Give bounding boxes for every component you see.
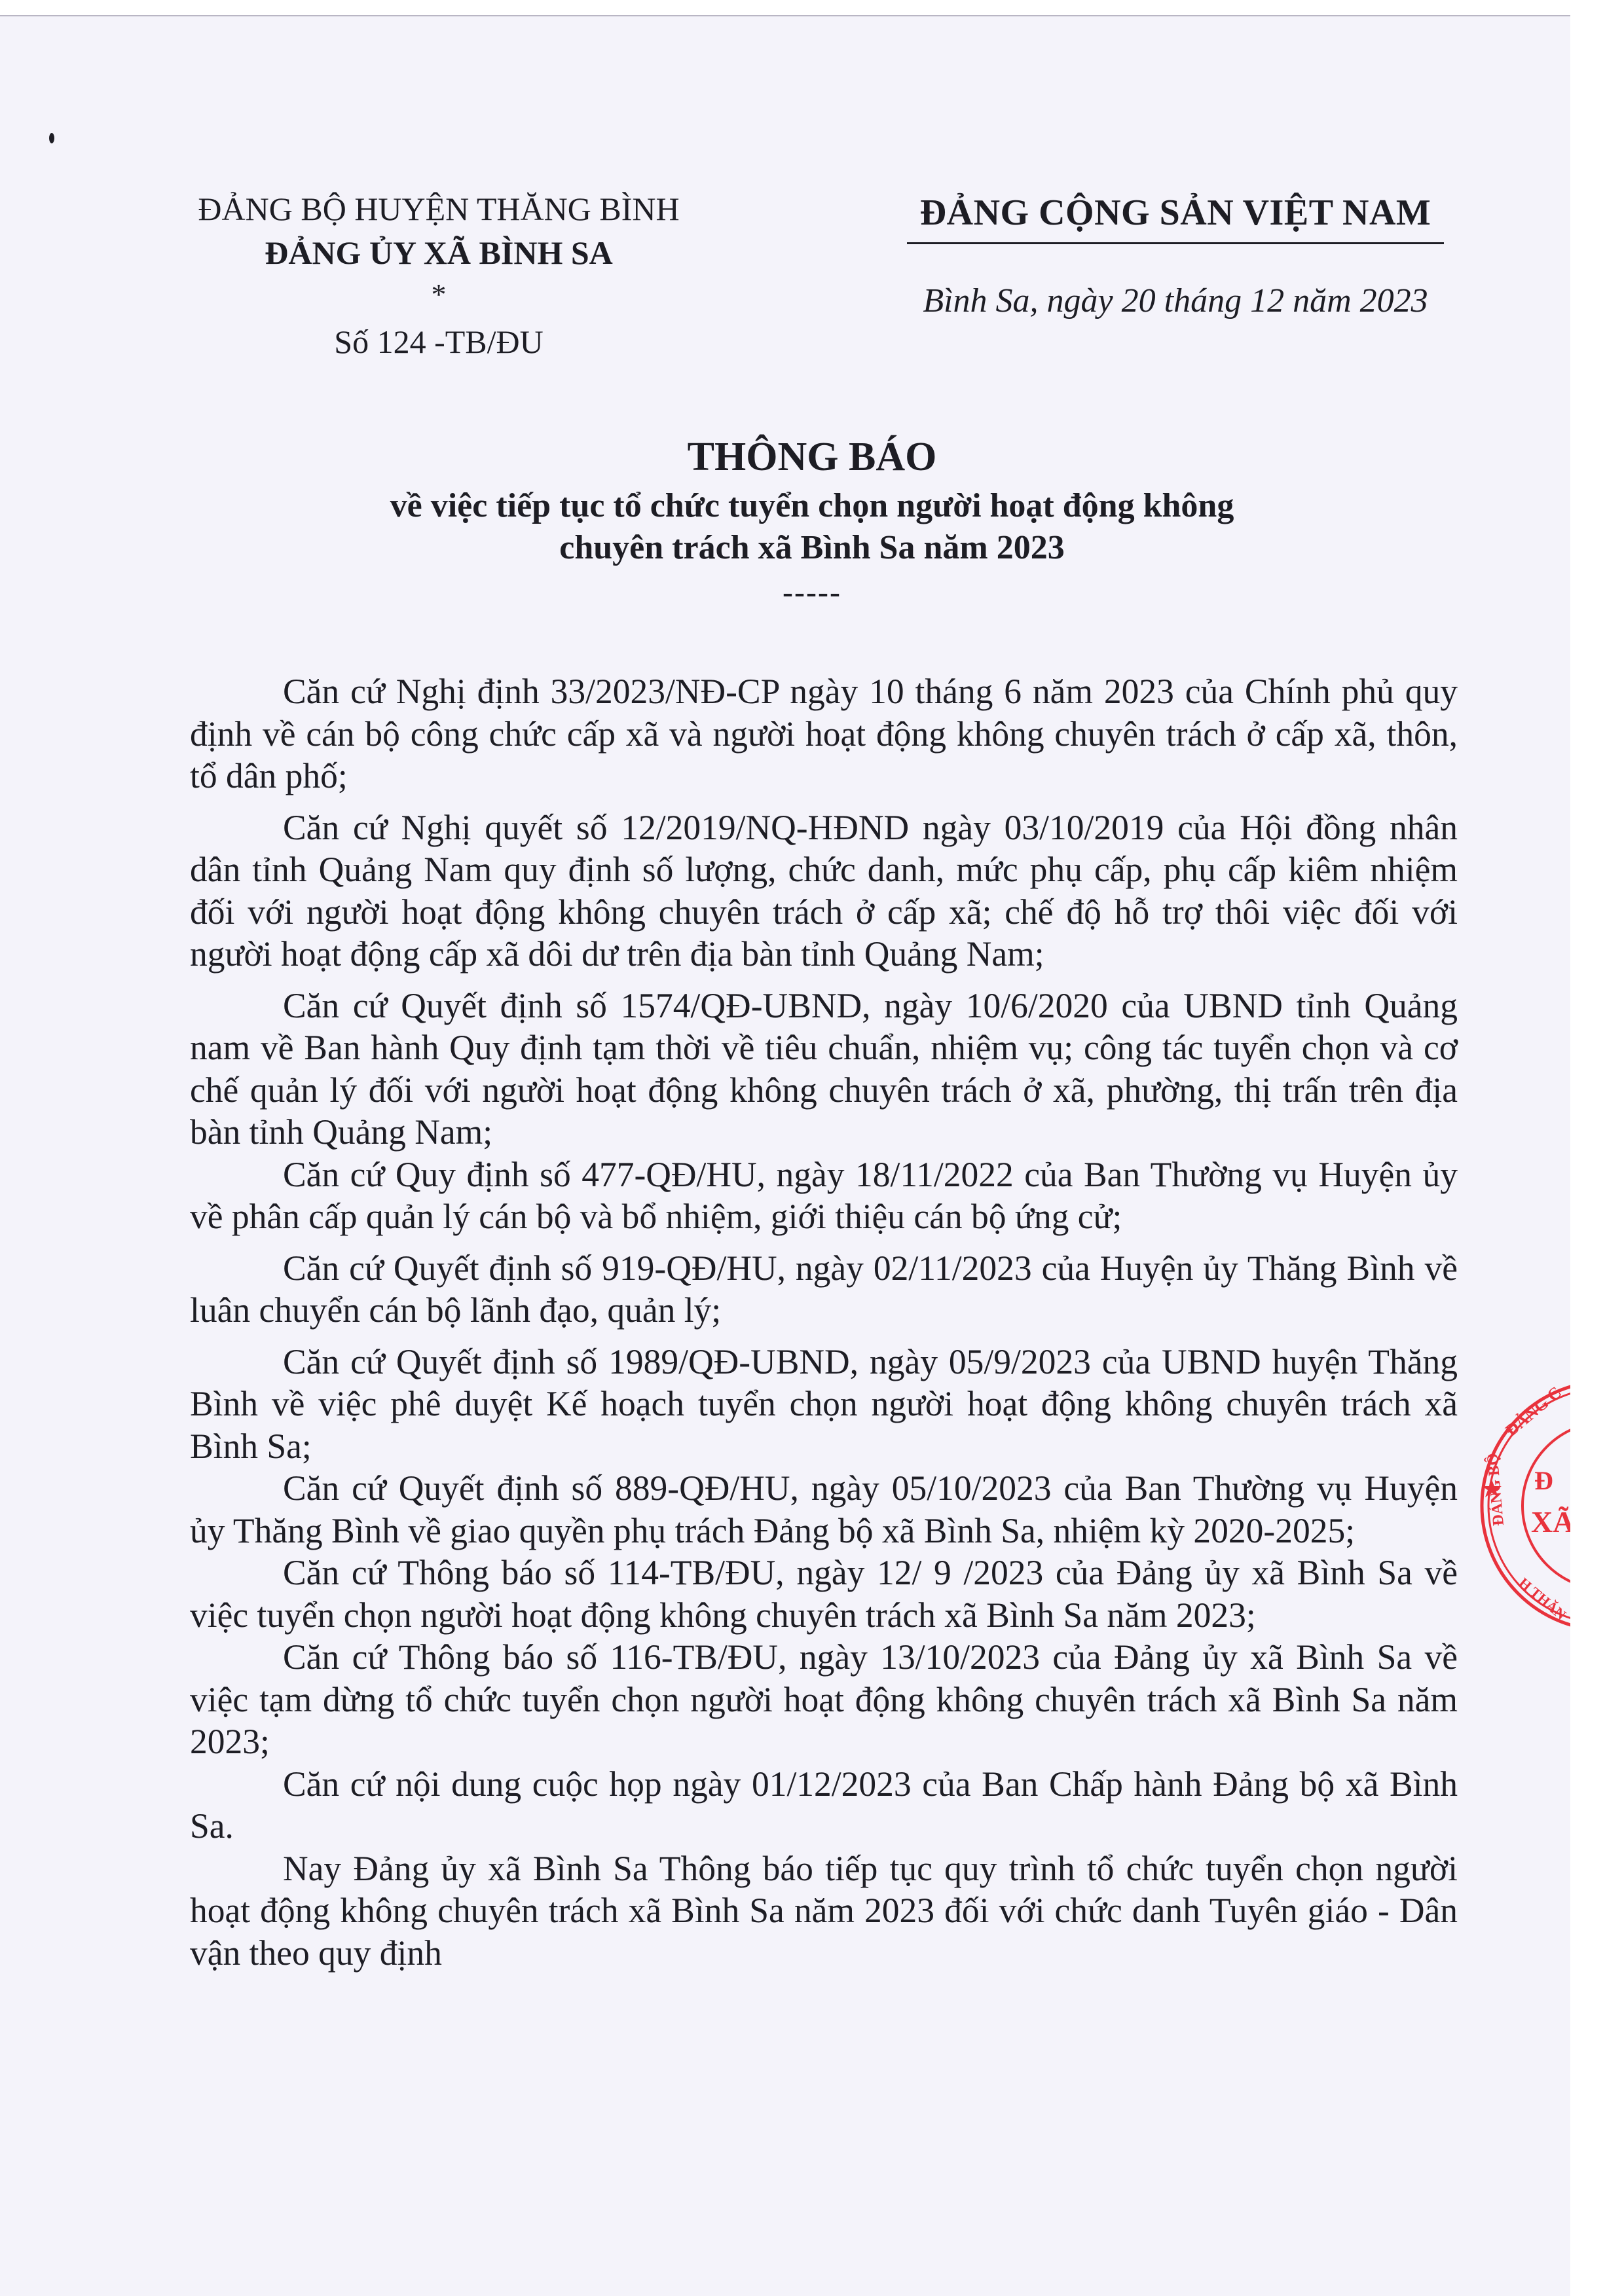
- title-divider: -----: [196, 574, 1428, 610]
- place-and-date: Bình Sa, ngày 20 tháng 12 năm 2023: [881, 282, 1470, 320]
- svg-text:ĐẢNG C: ĐẢNG C: [1502, 1383, 1565, 1440]
- header-separator: *: [131, 277, 747, 312]
- party-name: ĐẢNG CỘNG SẢN VIỆT NAM: [881, 192, 1470, 234]
- paragraph-legal-basis-7: Căn cứ Quyết định số 889-QĐ/HU, ngày 05/…: [190, 1467, 1458, 1552]
- paragraph-legal-basis-9: Căn cứ Thông báo số 116-TB/ĐU, ngày 13/1…: [190, 1636, 1458, 1763]
- paragraph-legal-basis-4: Căn cứ Quy định số 477-QĐ/HU, ngày 18/11…: [190, 1154, 1458, 1238]
- paragraph-legal-basis-10: Căn cứ nội dung cuộc họp ngày 01/12/2023…: [190, 1763, 1458, 1848]
- official-seal-stamp-icon: ĐẢNG C ĐẢNG BỘ H THĂN Đ XÃ: [1472, 1375, 1570, 1637]
- paragraph-legal-basis-3: Căn cứ Quyết định số 1574/QĐ-UBND, ngày …: [190, 985, 1458, 1154]
- paragraph-announcement: Nay Đảng ủy xã Bình Sa Thông báo tiếp tụ…: [190, 1848, 1458, 1975]
- document-page: ĐẢNG BỘ HUYỆN THĂNG BÌNH ĐẢNG ỦY XÃ BÌNH…: [0, 15, 1570, 2296]
- document-title: THÔNG BÁO: [196, 434, 1428, 481]
- paragraph-legal-basis-5: Căn cứ Quyết định số 919-QĐ/HU, ngày 02/…: [190, 1247, 1458, 1332]
- document-body: Căn cứ Nghị định 33/2023/NĐ-CP ngày 10 t…: [190, 661, 1458, 1974]
- svg-text:Đ: Đ: [1534, 1466, 1553, 1495]
- document-subtitle-line-2: chuyên trách xã Bình Sa năm 2023: [196, 528, 1428, 567]
- issuing-committee: ĐẢNG ỦY XÃ BÌNH SA: [131, 234, 747, 272]
- scan-speck: [49, 133, 54, 143]
- document-subtitle-line-1: về việc tiếp tục tổ chức tuyển chọn ngườ…: [196, 486, 1428, 525]
- paragraph-legal-basis-2: Căn cứ Nghị quyết số 12/2019/NQ-HĐND ngà…: [190, 807, 1458, 975]
- party-name-underline: [907, 242, 1444, 244]
- issuing-organization: ĐẢNG BỘ HUYỆN THĂNG BÌNH: [131, 190, 747, 228]
- paragraph-legal-basis-6: Căn cứ Quyết định số 1989/QĐ-UBND, ngày …: [190, 1341, 1458, 1468]
- paragraph-legal-basis-1: Căn cứ Nghị định 33/2023/NĐ-CP ngày 10 t…: [190, 670, 1458, 797]
- svg-text:XÃ: XÃ: [1531, 1505, 1570, 1539]
- document-number: Số 124 -TB/ĐU: [131, 323, 747, 361]
- paragraph-legal-basis-8: Căn cứ Thông báo số 114-TB/ĐU, ngày 12/ …: [190, 1552, 1458, 1636]
